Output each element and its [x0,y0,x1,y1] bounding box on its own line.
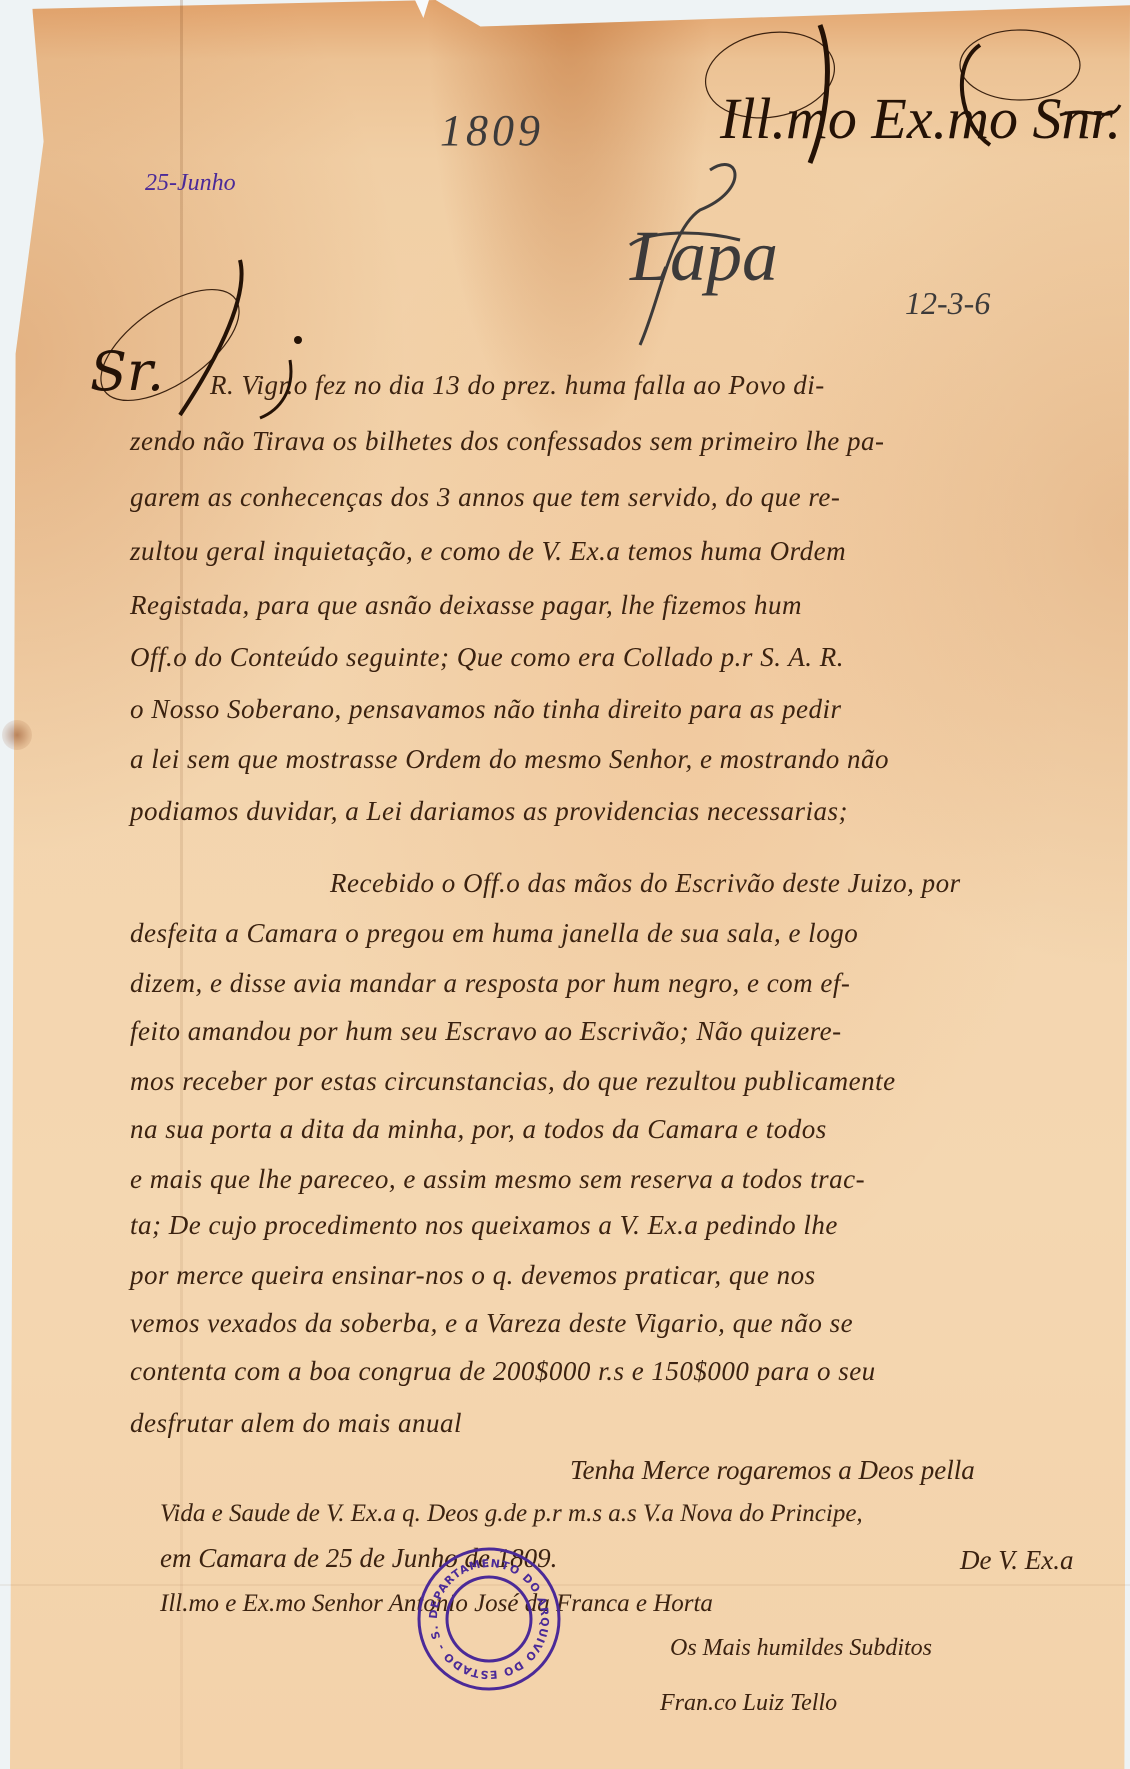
address-heading: Ill.mo Ex.mo Snr. [720,85,1121,152]
body-line: vemos vexados da soberba, e a Vareza des… [130,1310,853,1337]
location-note: Lapa [630,215,778,298]
body-line: desfrutar alem do mais anual [130,1410,462,1437]
body-line: contenta com a boa congrua de 200$000 r.… [130,1358,876,1385]
body-line: feito amandou por hum seu Escravo ao Esc… [130,1018,842,1045]
body-line: desfeita a Camara o pregou em huma janel… [130,920,858,947]
archive-stamp: DEPARTAMENTO DO ARQUIVO DO ESTADO - S. P… [413,1543,565,1695]
body-line: Recebido o Off.o das mãos do Escrivão de… [330,870,961,897]
closing-line: Vida e Saude de V. Ex.a q. Deos g.de p.r… [160,1500,863,1528]
closing-line: Tenha Merce rogaremos a Deos pella [570,1455,975,1486]
ink-stain [2,720,32,750]
body-line: garem as conhecenças dos 3 annos que tem… [130,484,840,511]
signature: Fran.co Luiz Tello [660,1690,837,1717]
salutation: Sr. [90,340,164,403]
body-line: e mais que lhe pareceo, e assim mesmo se… [130,1166,865,1193]
body-line: ta; De cujo procedimento nos queixamos a… [130,1212,838,1239]
archive-year: 1809 [440,105,544,156]
body-line: R. Vigr.o fez no dia 13 do prez. huma fa… [210,372,825,399]
body-line: na sua porta a dita da minha, por, a tod… [130,1116,827,1143]
body-line: a lei sem que mostrasse Ordem do mesmo S… [130,746,889,773]
signatures-intro: Os Mais humildes Subditos [670,1635,932,1662]
archive-date-note: 25-Junho [145,170,236,197]
paper-fold-horizontal [0,1584,1130,1586]
body-line: podiamos duvidar, a Lei dariamos as prov… [130,798,848,825]
body-line: o Nosso Soberano, pensavamos não tinha d… [130,696,842,723]
to-excellency: De V. Ex.a [960,1545,1073,1576]
body-line: dizem, e disse avia mandar a resposta po… [130,970,850,997]
body-line: Off.o do Conteúdo seguinte; Que como era… [130,644,844,671]
body-line: zendo não Tirava os bilhetes dos confess… [130,428,884,455]
body-line: mos receber por estas circunstancias, do… [130,1068,896,1095]
torn-edge [0,0,36,150]
archive-seal-icon: DEPARTAMENTO DO ARQUIVO DO ESTADO - S. P… [413,1543,565,1695]
body-line: Registada, para que asnão deixasse pagar… [130,592,802,619]
body-line: zultou geral inquietação, e como de V. E… [130,538,846,565]
body-line: por merce queira ensinar-nos o q. devemo… [130,1262,816,1289]
